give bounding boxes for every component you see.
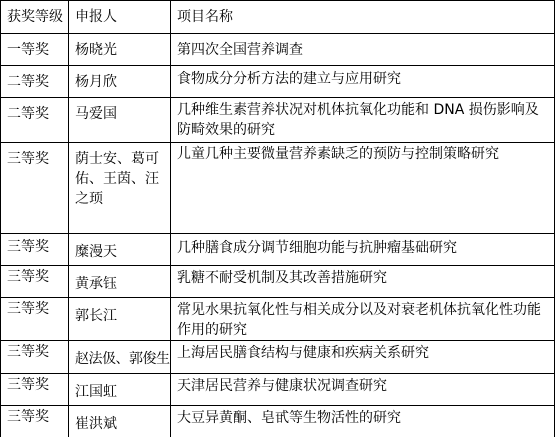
- award-level-cell: 三等奖: [1, 298, 69, 341]
- header-applicant: 申报人: [69, 1, 171, 34]
- project-cell: 几种膳食成分调节细胞功能与抗肿瘤基础研究: [171, 234, 555, 266]
- applicant-cell: 崔洪斌: [69, 406, 171, 437]
- award-level-cell: 二等奖: [1, 66, 69, 98]
- table-row: 二等奖 杨月欣 食物成分分析方法的建立与应用研究: [1, 66, 555, 98]
- applicant-cell: 糜漫天: [69, 234, 171, 266]
- applicant-cell: 马爱国: [69, 98, 171, 143]
- award-level-cell: 三等奖: [1, 406, 69, 437]
- table-row: 三等奖 江国虹 天津居民营养与健康状况调查研究: [1, 374, 555, 406]
- award-level-cell: 三等奖: [1, 374, 69, 406]
- applicant-cell: 江国虹: [69, 374, 171, 406]
- awards-table: 获奖等级 申报人 项目名称 一等奖 杨晓光 第四次全国营养调查 二等奖 杨月欣 …: [0, 0, 555, 437]
- award-level-cell: 三等奖: [1, 234, 69, 266]
- table-header-row: 获奖等级 申报人 项目名称: [1, 1, 555, 34]
- award-level-cell: 三等奖: [1, 266, 69, 298]
- award-level-cell: 二等奖: [1, 98, 69, 143]
- header-project-name: 项目名称: [171, 1, 555, 34]
- applicant-cell: 杨晓光: [69, 34, 171, 66]
- table-row: 三等奖 赵法伋、郭俊生 上海居民膳食结构与健康和疾病关系研究: [1, 341, 555, 374]
- award-level-cell: 一等奖: [1, 34, 69, 66]
- award-level-cell: 三等奖: [1, 143, 69, 234]
- table-row: 三等奖 糜漫天 几种膳食成分调节细胞功能与抗肿瘤基础研究: [1, 234, 555, 266]
- header-award-level: 获奖等级: [1, 1, 69, 34]
- project-cell: 乳糖不耐受机制及其改善措施研究: [171, 266, 555, 298]
- applicant-cell: 荫士安、葛可佑、王茵、汪之顼: [69, 143, 171, 234]
- project-cell: 几种维生素营养状况对机体抗氧化功能和 DNA 损伤影响及防畸效果的研究: [171, 98, 555, 143]
- table-row: 三等奖 郭长江 常见水果抗氧化性与相关成分以及对衰老机体抗氧化性功能作用的研究: [1, 298, 555, 341]
- project-cell: 大豆异黄酮、皂甙等生物活性的研究: [171, 406, 555, 437]
- project-cell: 天津居民营养与健康状况调查研究: [171, 374, 555, 406]
- project-cell: 常见水果抗氧化性与相关成分以及对衰老机体抗氧化性功能作用的研究: [171, 298, 555, 341]
- project-cell: 儿童几种主要微量营养素缺乏的预防与控制策略研究: [171, 143, 555, 234]
- award-level-cell: 三等奖: [1, 341, 69, 374]
- table-row: 一等奖 杨晓光 第四次全国营养调查: [1, 34, 555, 66]
- applicant-cell: 杨月欣: [69, 66, 171, 98]
- table-row: 三等奖 黄承钰 乳糖不耐受机制及其改善措施研究: [1, 266, 555, 298]
- applicant-cell: 黄承钰: [69, 266, 171, 298]
- project-cell: 食物成分分析方法的建立与应用研究: [171, 66, 555, 98]
- table-row: 三等奖 荫士安、葛可佑、王茵、汪之顼 儿童几种主要微量营养素缺乏的预防与控制策略…: [1, 143, 555, 234]
- applicant-cell: 郭长江: [69, 298, 171, 341]
- applicant-cell: 赵法伋、郭俊生: [69, 341, 171, 374]
- table-row: 三等奖 崔洪斌 大豆异黄酮、皂甙等生物活性的研究: [1, 406, 555, 437]
- table-row: 二等奖 马爱国 几种维生素营养状况对机体抗氧化功能和 DNA 损伤影响及防畸效果…: [1, 98, 555, 143]
- project-cell: 第四次全国营养调查: [171, 34, 555, 66]
- project-cell: 上海居民膳食结构与健康和疾病关系研究: [171, 341, 555, 374]
